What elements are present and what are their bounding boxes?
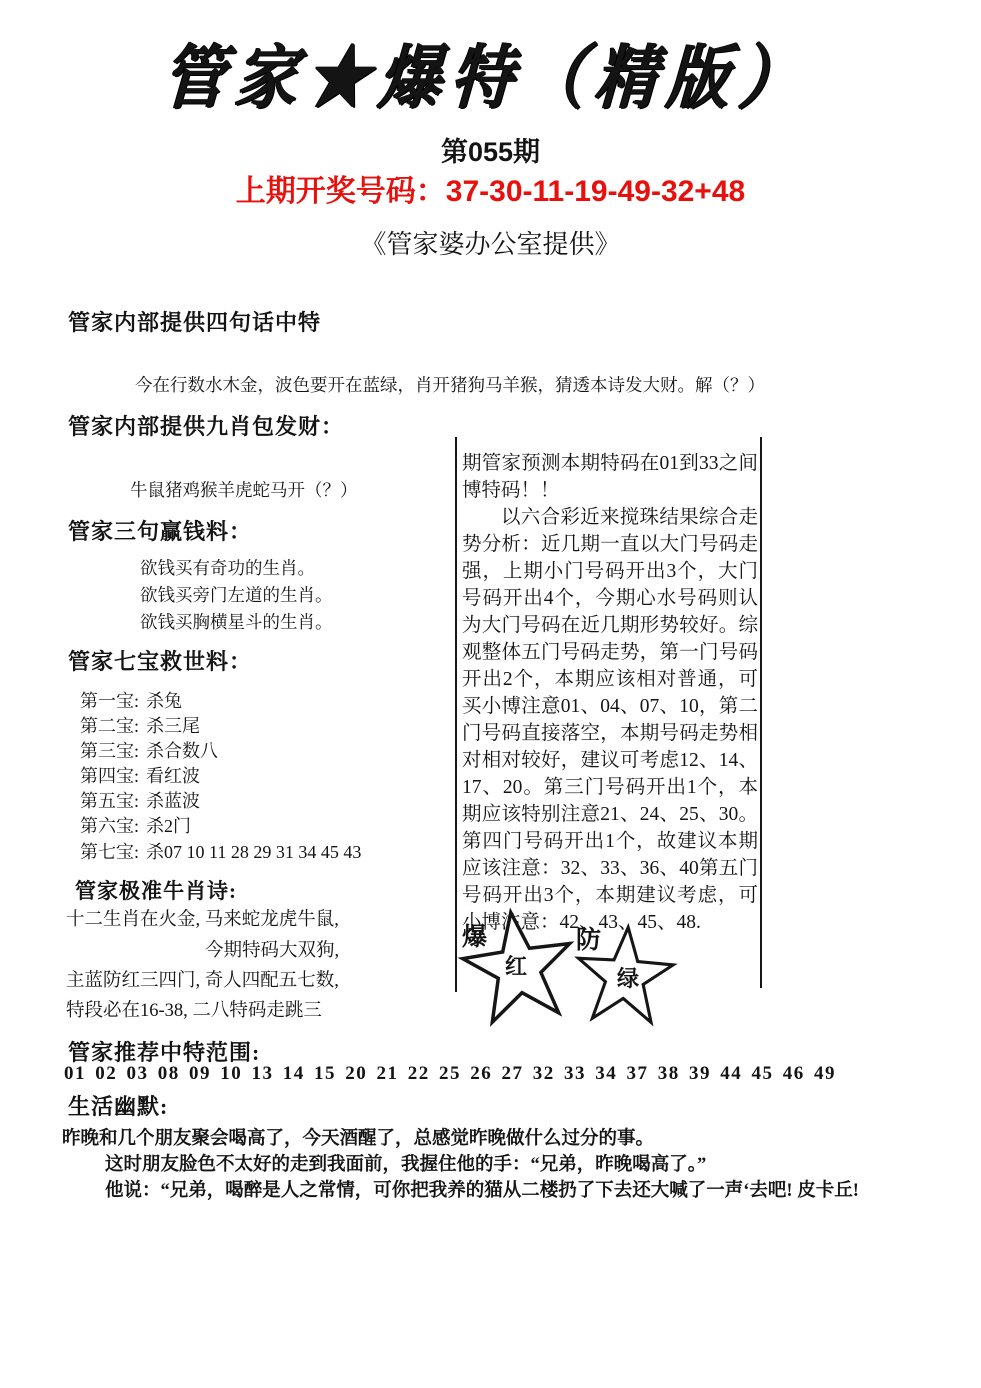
- treasure-value: 杀07 10 11 28 29 31 34 45 43: [146, 842, 361, 862]
- section-heading-humor: 生活幽默:: [68, 1090, 168, 1121]
- treasure-row: 第二宝:杀三尾: [80, 712, 200, 738]
- three-money-line: 欲钱买旁门左道的生肖。: [140, 582, 333, 607]
- provider-line: 《管家婆办公室提供》: [0, 224, 981, 261]
- treasure-row: 第六宝:杀2门: [80, 812, 191, 838]
- poem-line: 今期特码大双狗,: [205, 936, 339, 962]
- last-draw-numbers: 上期开奖号码：37-30-11-19-49-32+48: [0, 166, 981, 210]
- section-heading-nine-zodiac: 管家内部提供九肖包发财：: [68, 410, 344, 441]
- page-title: 管家★爆特（精版）: [0, 22, 981, 122]
- poem-line: 特段必在16-38, 二八特码走跳三: [66, 996, 322, 1022]
- treasure-label: 第七宝:: [80, 838, 146, 864]
- treasure-row: 第一宝:杀兔: [80, 687, 182, 713]
- guard-color-label: 绿: [617, 962, 639, 993]
- prediction-paragraph: 期管家预测本期特码在01到33之间博特码！！: [462, 450, 758, 504]
- treasure-value: 看红波: [146, 766, 200, 786]
- burst-label: 爆: [462, 917, 487, 953]
- treasure-label: 第一宝:: [80, 687, 146, 713]
- humor-line: 昨晚和几个朋友聚会喝高了，今天酒醒了，总感觉昨晚做什么过分的事。: [62, 1124, 654, 1150]
- treasure-value: 杀合数八: [146, 741, 218, 761]
- lottery-tip-sheet: 管家★爆特（精版） 第055期 上期开奖号码：37-30-11-19-49-32…: [0, 0, 981, 1388]
- poem-line: 十二生肖在火金, 马来蛇龙虎牛鼠,: [66, 905, 339, 931]
- three-money-line: 欲钱买有奇功的生肖。: [140, 555, 315, 580]
- section-heading-four-sentence: 管家内部提供四句话中特: [68, 306, 321, 337]
- treasure-row: 第五宝:杀蓝波: [80, 787, 200, 813]
- three-money-line: 欲钱买胸横星斗的生肖。: [140, 609, 333, 634]
- column-rule-right: [760, 437, 762, 988]
- treasure-label: 第三宝:: [80, 737, 146, 763]
- treasure-row: 第七宝:杀07 10 11 28 29 31 34 45 43: [80, 838, 361, 864]
- treasure-label: 第四宝:: [80, 762, 146, 788]
- burst-color-label: 红: [505, 950, 527, 981]
- guard-label: 防: [576, 920, 601, 956]
- treasure-label: 第五宝:: [80, 787, 146, 813]
- treasure-value: 杀蓝波: [146, 791, 200, 811]
- treasure-row: 第三宝:杀合数八: [80, 737, 218, 763]
- treasure-value: 杀兔: [146, 691, 182, 711]
- four-sentence-content: 今在行数水木金，波色要开在蓝绿，肖开猪狗马羊猴，猜透本诗发大财。解（？）: [135, 372, 765, 397]
- prediction-paragraph: 以六合彩近来搅珠结果综合走势分析：近几期一直以大门号码走强，上期小门号码开出3个…: [462, 504, 758, 936]
- section-heading-three-money: 管家三句赢钱料：: [68, 515, 252, 546]
- treasure-label: 第二宝:: [80, 712, 146, 738]
- treasure-row: 第四宝:看红波: [80, 762, 200, 788]
- poem-line: 主蓝防红三四门, 奇人四配五七数,: [66, 966, 339, 992]
- section-heading-seven-treasures: 管家七宝救世料：: [68, 645, 252, 676]
- humor-line: 这时朋友脸色不太好的走到我面前，我握住他的手：“兄弟，昨晚喝高了。”: [105, 1150, 706, 1176]
- issue-number: 第055期: [0, 130, 981, 169]
- recommend-numbers: 01 02 03 08 09 10 13 14 15 20 21 22 25 2…: [64, 1063, 836, 1085]
- nine-zodiac-content: 牛鼠猪鸡猴羊虎蛇马开（？）: [130, 477, 358, 502]
- column-rule-left: [455, 437, 457, 992]
- treasure-value: 杀2门: [146, 816, 191, 836]
- prediction-column: 期管家预测本期特码在01到33之间博特码！！ 以六合彩近来搅珠结果综合走势分析：…: [462, 450, 758, 936]
- treasure-label: 第六宝:: [80, 812, 146, 838]
- section-heading-zodiac-poem: 管家极准牛肖诗:: [75, 875, 237, 905]
- humor-line: 他说：“兄弟，喝醉是人之常情，可你把我养的猫从二楼扔了下去还大喊了一声‘去吧! …: [105, 1176, 859, 1202]
- treasure-value: 杀三尾: [146, 716, 200, 736]
